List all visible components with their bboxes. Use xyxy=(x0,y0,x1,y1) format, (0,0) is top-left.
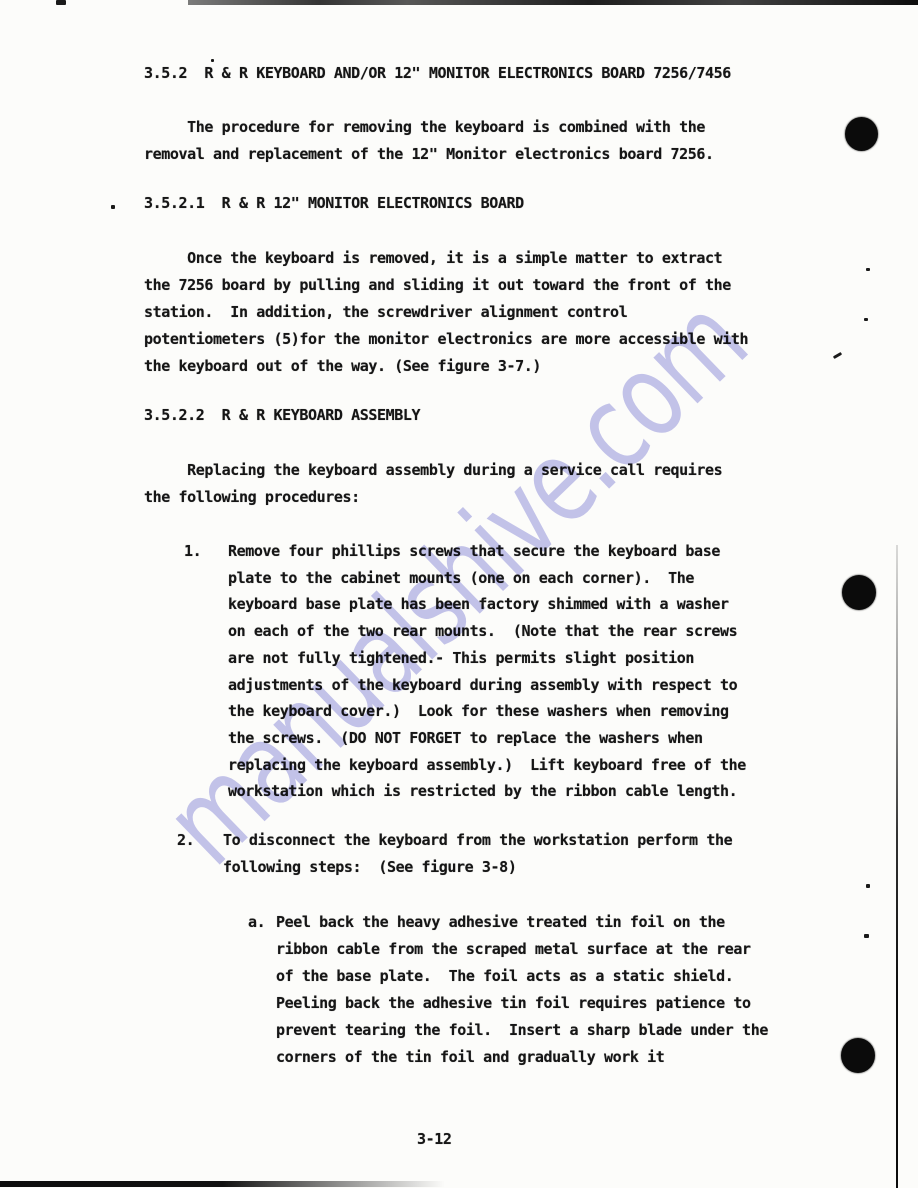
scanned-manual-page: 3.5.2 R & R KEYBOARD AND/OR 12" MONITOR … xyxy=(0,0,918,1188)
scan-speck xyxy=(864,318,868,321)
list-item-1-number: 1. xyxy=(184,538,201,565)
scan-bottom-edge-artifact xyxy=(0,1181,445,1187)
scan-speck xyxy=(866,884,870,888)
scan-speck xyxy=(833,352,842,359)
hole-punch-mark xyxy=(841,1038,875,1073)
paragraph-monitor-board: Once the keyboard is removed, it is a si… xyxy=(144,245,748,380)
list-item-1-text: Remove four phillips screws that secure … xyxy=(228,538,746,805)
page-number: 3-12 xyxy=(417,1126,452,1153)
hole-punch-mark xyxy=(842,575,876,610)
scan-right-edge-line xyxy=(896,545,898,1188)
sub-item-a-text: Peel back the heavy adhesive treated tin… xyxy=(276,909,768,1071)
list-item-2-text: To disconnect the keyboard from the work… xyxy=(223,827,732,881)
scan-speck xyxy=(56,0,66,5)
hole-punch-mark xyxy=(845,117,878,151)
section-heading-352: 3.5.2 R & R KEYBOARD AND/OR 12" MONITOR … xyxy=(144,60,731,87)
scan-top-edge-artifact xyxy=(188,0,918,5)
section-heading-3522: 3.5.2.2 R & R KEYBOARD ASSEMBLY xyxy=(144,402,420,429)
scan-speck xyxy=(864,934,869,938)
scan-speck xyxy=(111,205,115,209)
list-item-2-number: 2. xyxy=(177,827,194,854)
paragraph-keyboard-assembly: Replacing the keyboard assembly during a… xyxy=(144,457,722,511)
paragraph-intro: The procedure for removing the keyboard … xyxy=(144,114,714,168)
section-heading-3521: 3.5.2.1 R & R 12" MONITOR ELECTRONICS BO… xyxy=(144,190,524,217)
sub-item-a-letter: a. xyxy=(248,909,265,936)
scan-speck xyxy=(866,268,870,271)
